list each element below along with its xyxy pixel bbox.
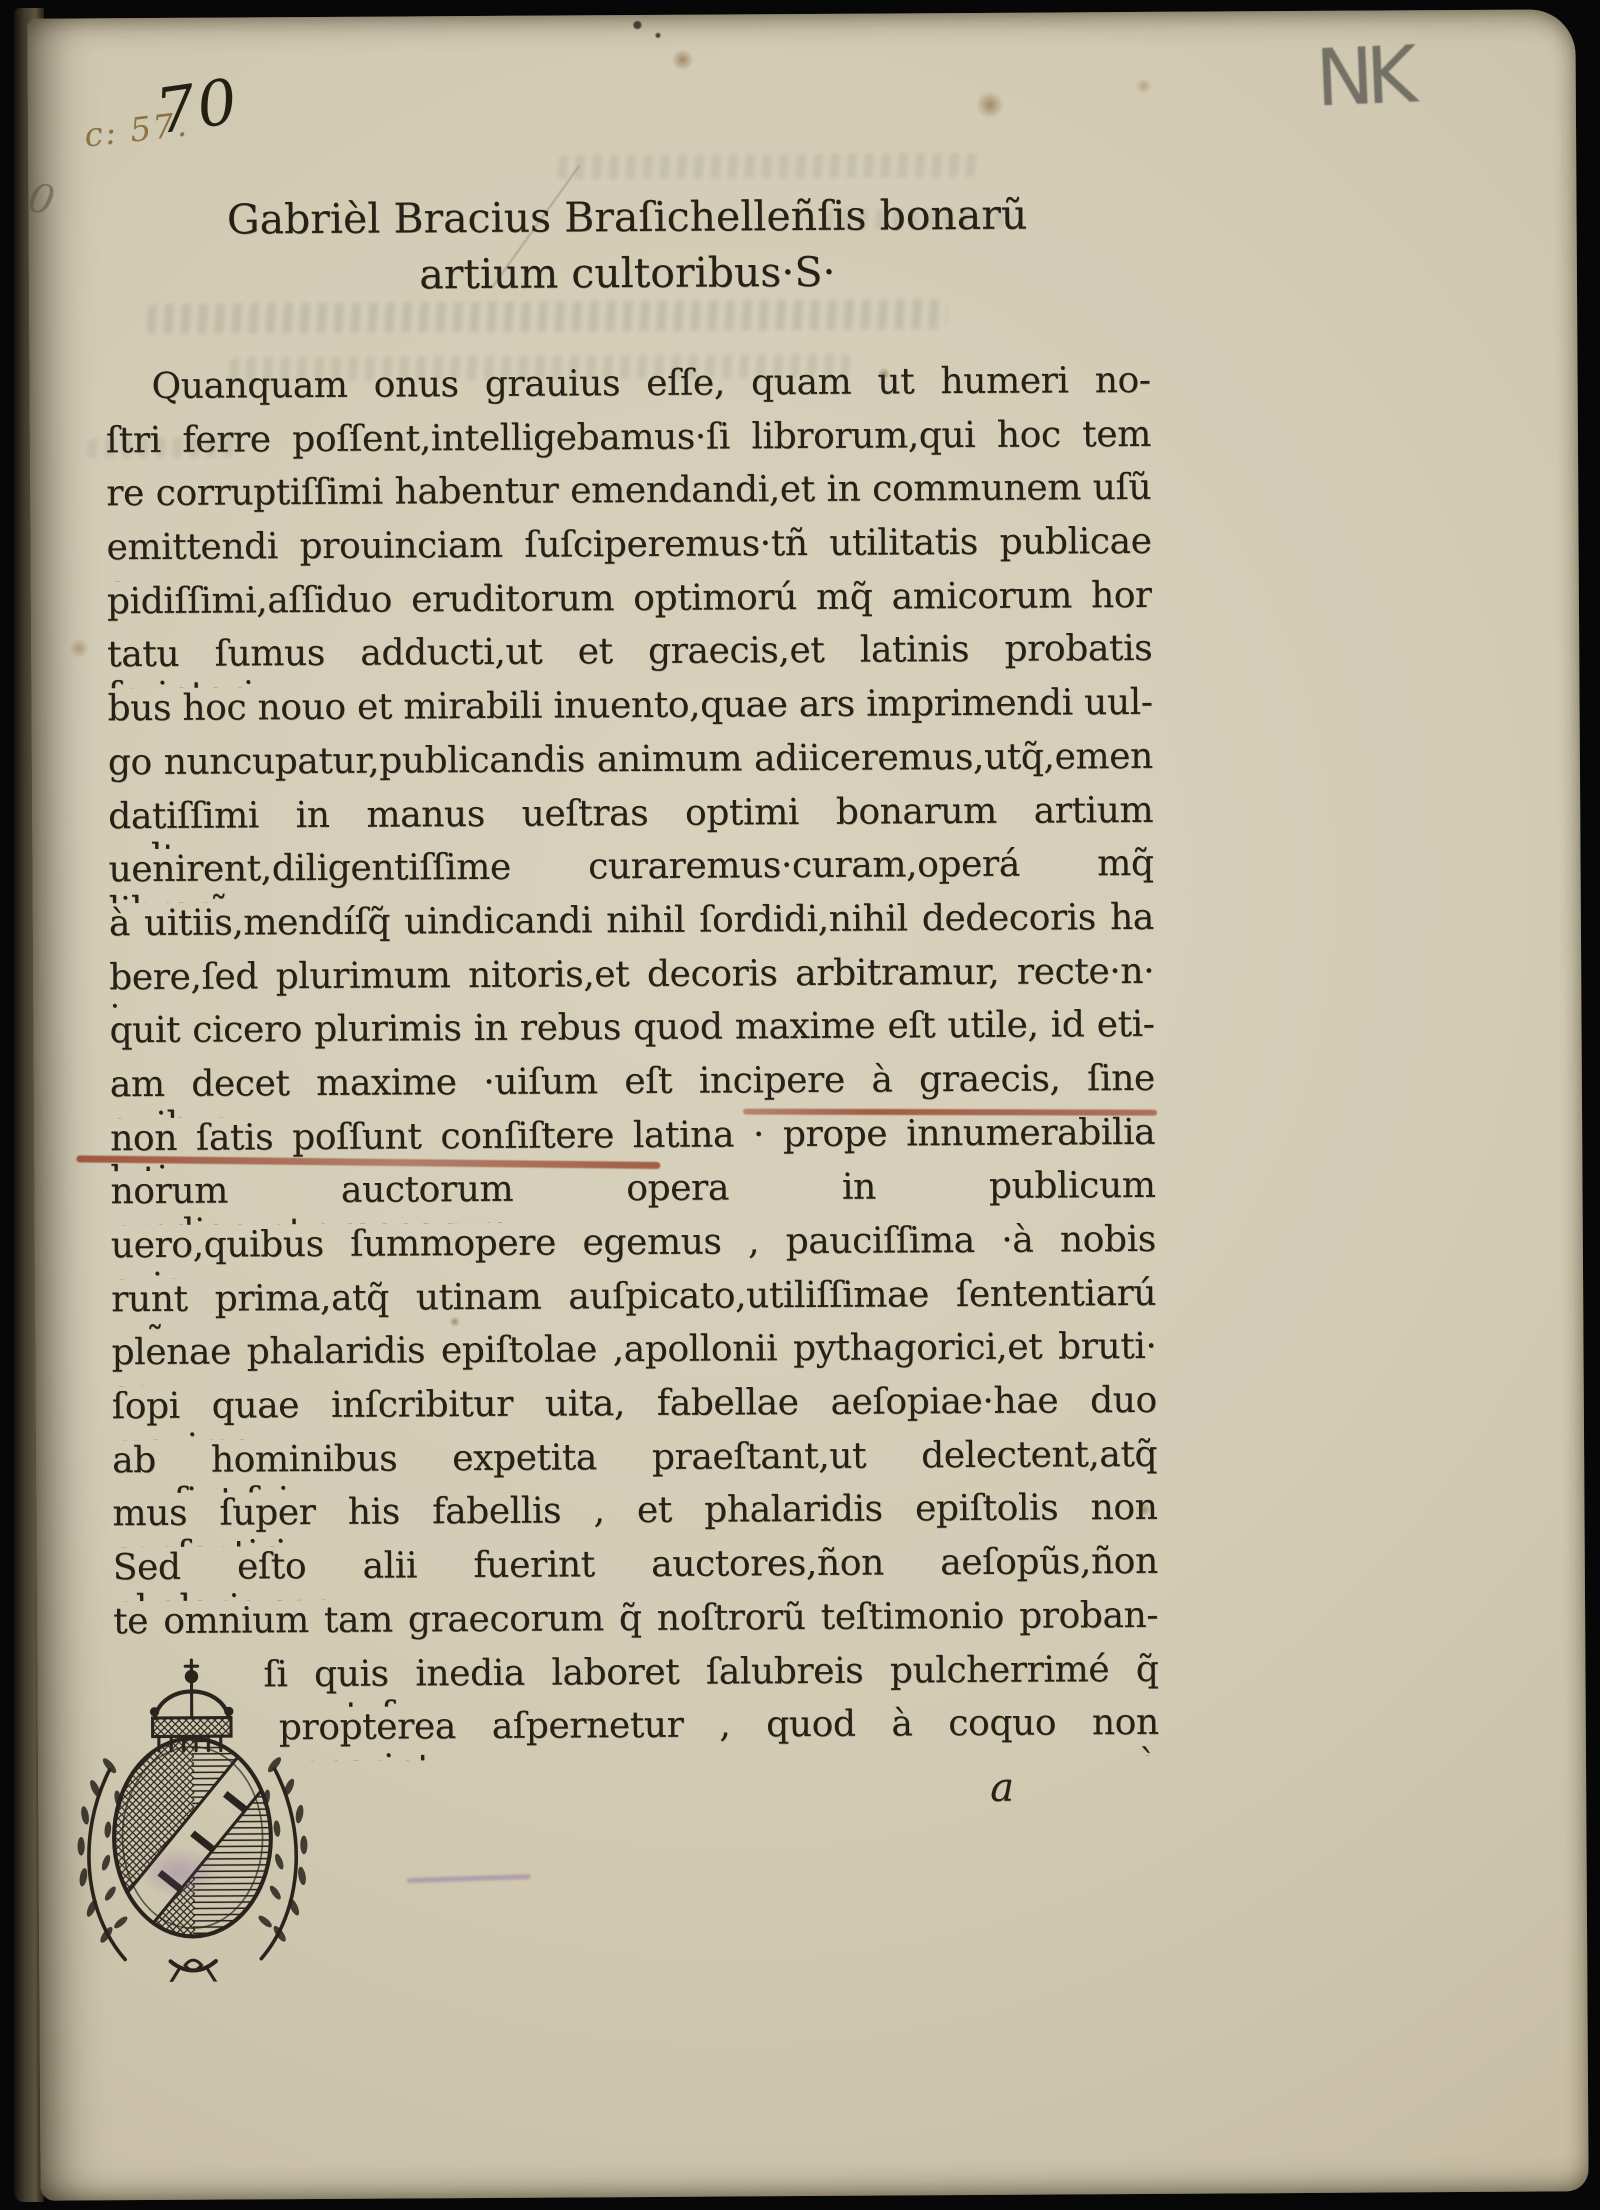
body-line: plenae phalaridis epiſtolae ,apollonii p… (111, 1326, 1156, 1386)
body-line: ſtri ferre poſſent,intelligebamus·ſi lib… (106, 414, 1151, 474)
body-text-block: Quanquam onus grauius eſſe, quam ut hume… (105, 360, 1159, 1762)
body-line: re corruptiſſimi habentur emendandi,et i… (106, 467, 1151, 527)
purple-smudge (137, 1846, 221, 1899)
page-scan: c: 57. 70 0 NK Gabrièl Bracius Braſichel… (27, 9, 1588, 2200)
body-line: norum auctorum opera in publicum prodier… (110, 1165, 1155, 1225)
body-line: uenirent,diligentiſſime curaremus·curam,… (108, 843, 1153, 903)
body-line: mus ſuper his fabellis , et phalaridis e… (112, 1487, 1157, 1547)
ink-speck (633, 21, 641, 29)
body-line: emittendi prouinciam ſuſciperemus·tñ uti… (106, 521, 1151, 581)
pencil-monogram: NK (1314, 31, 1411, 125)
handwritten-edge-mark: 0 (24, 175, 58, 225)
signature-mark: a (990, 1765, 1014, 1811)
stain-spot (1136, 78, 1152, 94)
body-line: bus hoc nouo et mirabili inuento,quae ar… (107, 682, 1152, 742)
body-line: à uitiis,mendíſq̃ uindicandi nihil ſordi… (109, 897, 1154, 957)
body-line: go nuncupatur,publicandis animum adiicer… (108, 736, 1153, 796)
body-line: datiſſimi in manus ueſtras optimi bonaru… (108, 789, 1153, 849)
handwritten-number: 70 (151, 64, 244, 148)
heading: Gabrièl Bracius Braſichelleñſis bonarũ a… (104, 186, 1150, 304)
stain-spot (672, 49, 694, 71)
body-line: runt prima,atq̃ utinam auſpicato,utiliſſ… (111, 1273, 1156, 1333)
red-underline-graecis (743, 1109, 1157, 1116)
body-line: te omnium tam graecorum q̃ noſtrorũ teſt… (113, 1595, 1158, 1655)
stain-spot (976, 91, 1004, 119)
library-stamp-icon (47, 1651, 337, 1983)
body-line: uero,quibus ſummopere egemus , pauciſſim… (111, 1219, 1156, 1279)
heading-line-1: Gabrièl Bracius Braſichelleñſis bonarũ (104, 186, 1149, 248)
body-line: ab hominibus expetita praeſtant,ut delec… (112, 1434, 1157, 1494)
body-line: quit cicero plurimis in rebus quod maxim… (109, 1004, 1154, 1064)
body-line: tatu ſumus adducti,ut et graecis,et lati… (107, 628, 1152, 688)
purple-smudge-line (407, 1874, 531, 1883)
body-line: pidiſſimi,aſſiduo eruditorum optimorú mq… (107, 575, 1152, 635)
body-line: bere,ſed plurimum nitoris,et decoris arb… (109, 950, 1154, 1010)
heading-line-2: artium cultoribus·S· (105, 242, 1150, 304)
show-through-strip (558, 153, 980, 180)
body-line: ſopi quae inſcribitur uita, fabellae aeſ… (112, 1380, 1157, 1440)
body-line: Sed eſto alii fuerint auctores,ñon aeſop… (113, 1541, 1158, 1601)
body-line: Quanquam onus grauius eſſe, quam ut hume… (105, 360, 1150, 420)
stain-spot (69, 638, 89, 658)
ink-speck (655, 33, 660, 38)
show-through-strip (146, 299, 948, 334)
